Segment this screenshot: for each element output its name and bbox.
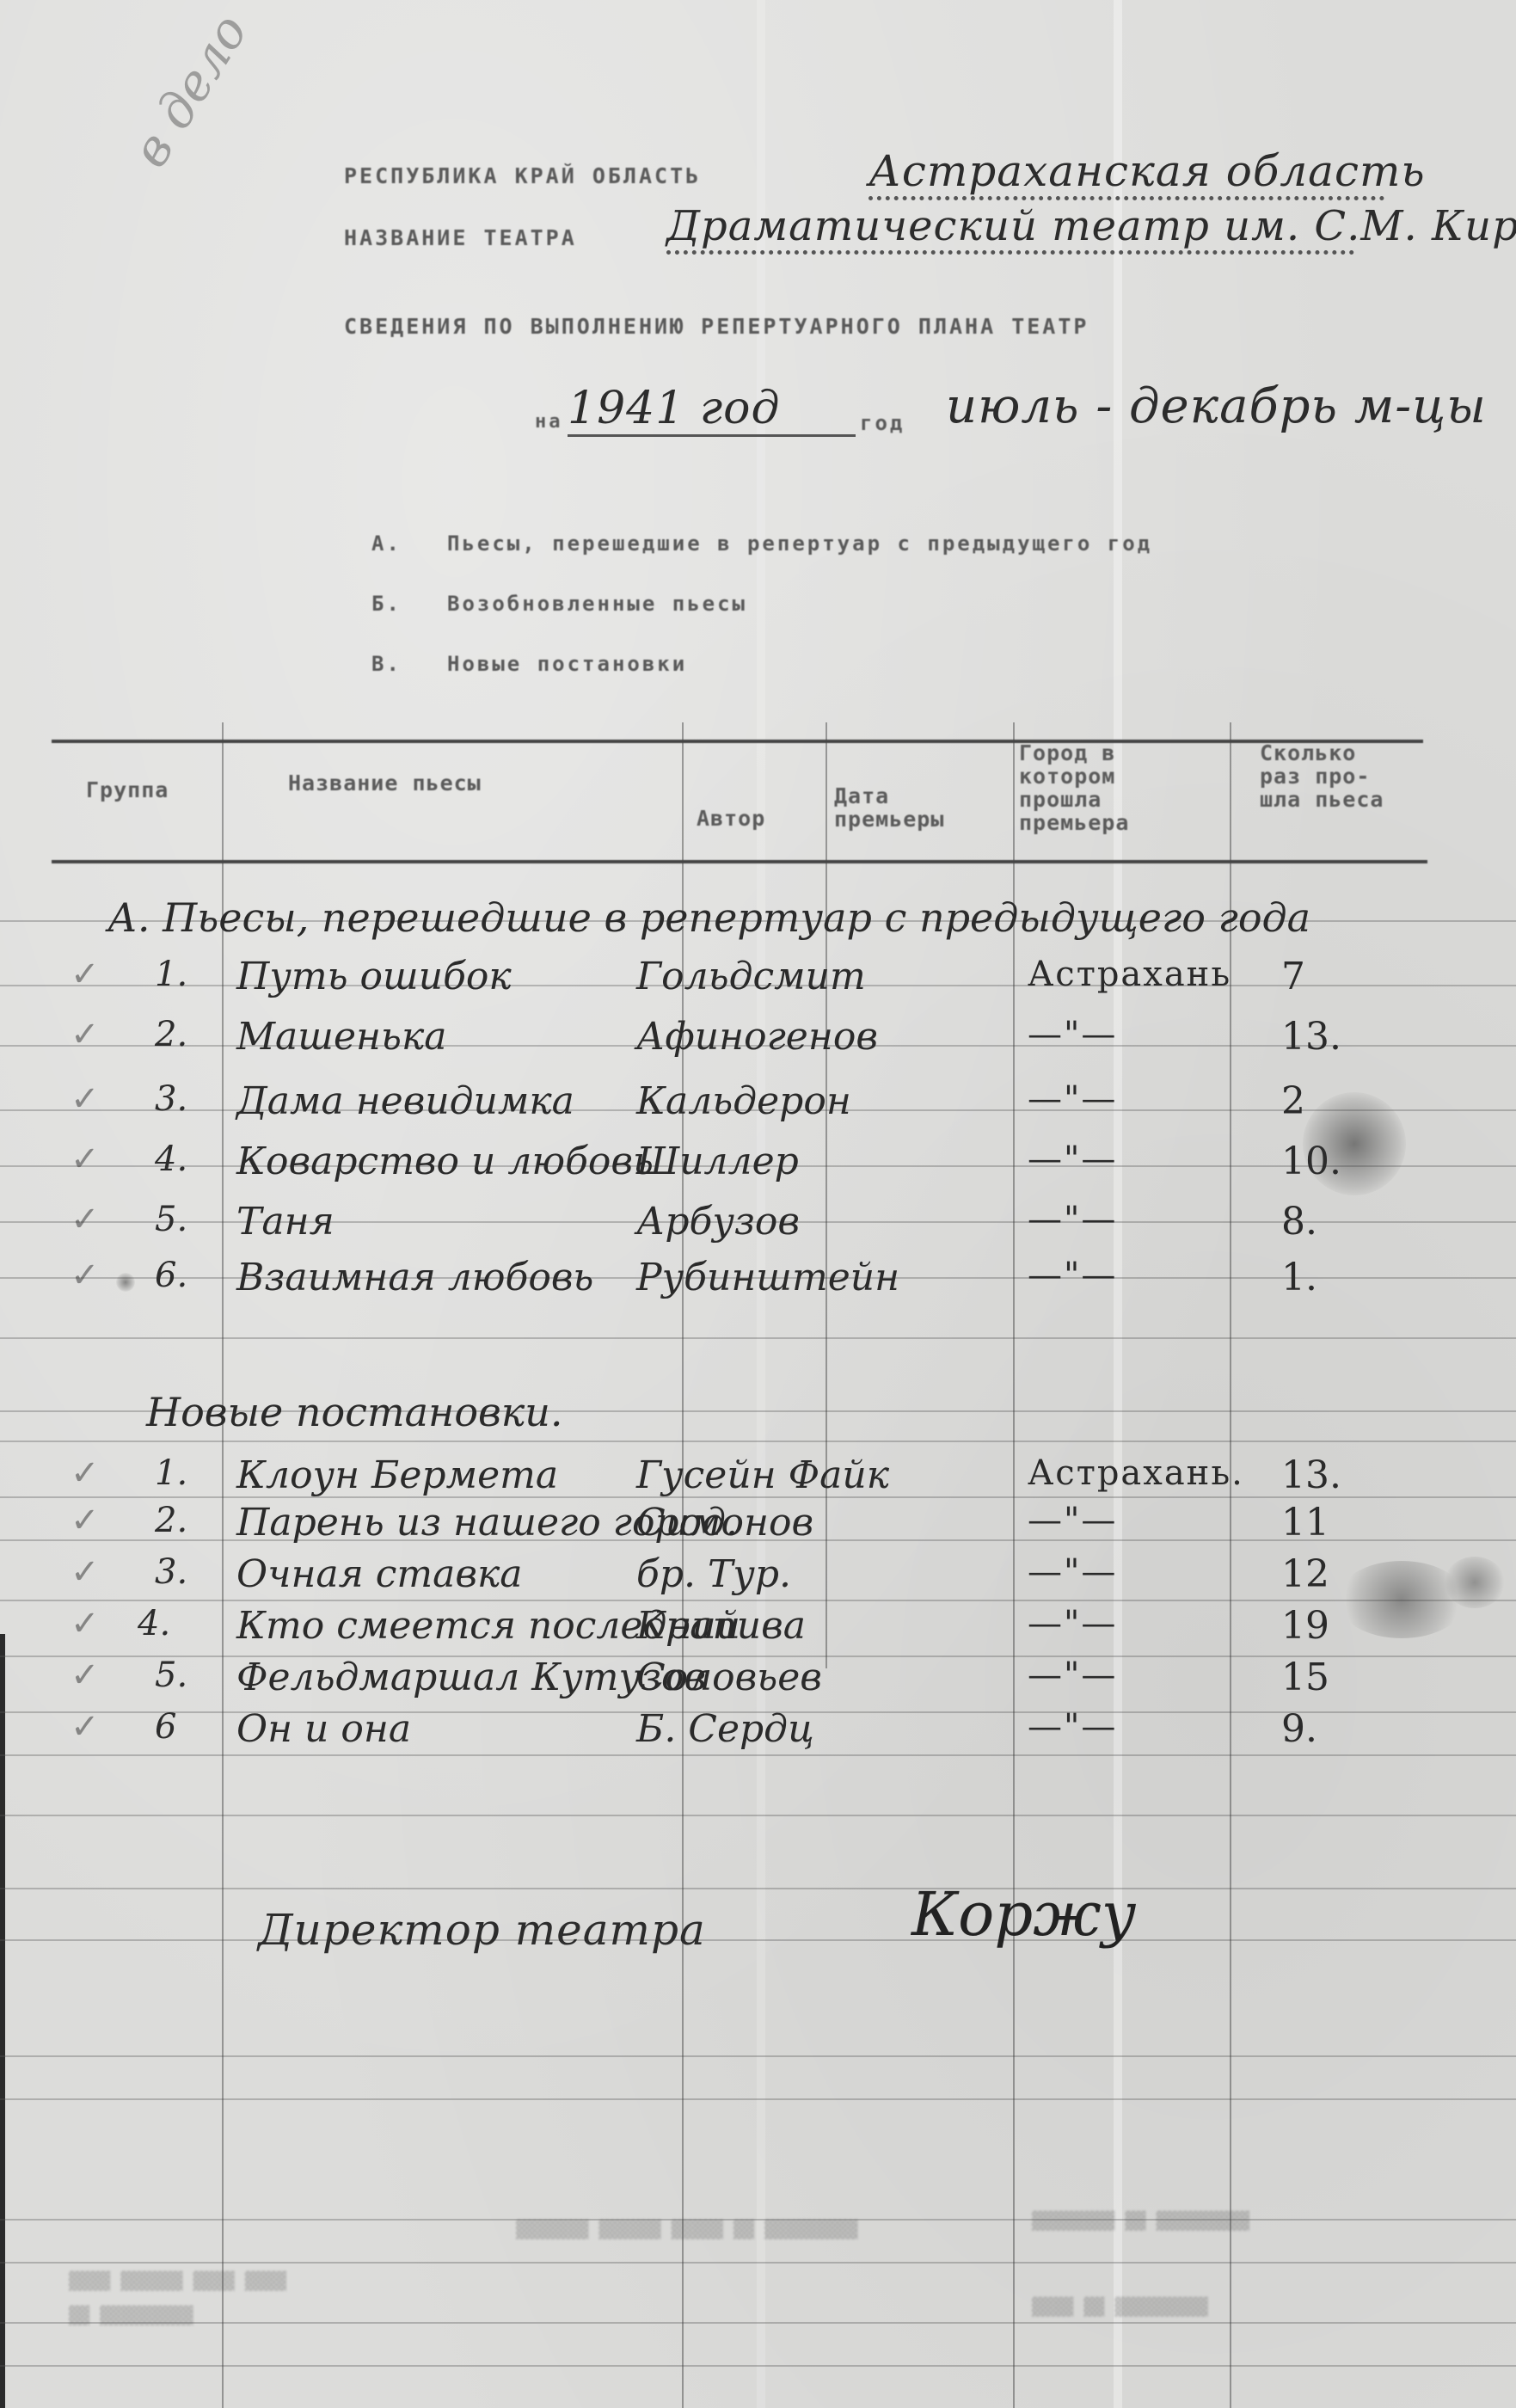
check-icon: ✓: [71, 1015, 100, 1054]
play-title: Взаимная любовь: [236, 1256, 593, 1299]
section-title: Новые постановки.: [146, 1389, 563, 1435]
check-icon: ✓: [71, 955, 100, 994]
premiere-city: —"—: [1028, 1501, 1117, 1540]
row-number: 5.: [155, 1655, 187, 1695]
ruled-line: [0, 2365, 1516, 2367]
ruled-line: [0, 2262, 1516, 2264]
check-icon: ✓: [71, 1604, 100, 1643]
row-number: 2.: [155, 1015, 187, 1054]
ruled-line: [0, 1888, 1516, 1889]
ruled-line: [0, 1440, 1516, 1442]
ruled-line: [0, 1939, 1516, 1941]
bleed-through-text: ▓▓▓▓▓▓▓▓ ▓▓ ▓▓▓▓▓▓▓▓▓: [1032, 2210, 1249, 2231]
ruled-line: [0, 2098, 1516, 2100]
play-author: Шиллер: [636, 1139, 799, 1183]
period-months: июль - декабрь м-цы: [946, 378, 1487, 434]
row-number: 4.: [155, 1139, 187, 1179]
corner-handwritten-note: в дело: [120, 4, 259, 178]
ruled-line: [0, 2322, 1516, 2324]
row-number: 4.: [138, 1604, 170, 1643]
region-value: Астраханская область: [868, 146, 1384, 200]
column-header-play: Название пьесы: [288, 771, 482, 795]
play-author: Крапива: [636, 1604, 806, 1648]
row-number: 1.: [155, 955, 187, 994]
times-shown: 2: [1281, 1079, 1305, 1123]
row-number: 6: [155, 1707, 176, 1747]
column-header-times-shown: Сколько раз про- шла пьеса: [1260, 741, 1384, 811]
theatre-value: Драматический театр им. С.М. Кирова: [666, 202, 1354, 255]
table-top-border: [52, 740, 1423, 743]
play-title: Клоун Бермета: [236, 1453, 558, 1497]
legend-text: Возобновленные пьесы: [447, 592, 747, 616]
ink-blot: [116, 1273, 135, 1292]
premiere-city: Астрахань.: [1028, 1453, 1244, 1493]
play-author: Арбузов: [636, 1200, 800, 1244]
check-icon: ✓: [71, 1501, 100, 1540]
play-author: бр. Тур.: [636, 1552, 791, 1596]
check-icon: ✓: [71, 1256, 100, 1295]
period-prefix: на: [535, 411, 563, 433]
bleed-through-text: ▓▓▓▓ ▓▓ ▓▓▓▓▓▓▓▓▓: [1032, 2296, 1208, 2317]
play-author: Афиногенов: [636, 1015, 878, 1059]
ruled-line: [0, 1337, 1516, 1339]
times-shown: 11: [1281, 1501, 1329, 1545]
bleed-through-text: ▓▓▓▓ ▓▓▓▓▓▓ ▓▓▓▓ ▓▓▓▓: [69, 2270, 286, 2291]
times-shown: 13.: [1281, 1015, 1341, 1059]
legend-letter: Б.: [371, 592, 402, 616]
legend-letter: А.: [371, 531, 402, 556]
period-suffix: год: [860, 411, 905, 435]
column-divider: [826, 722, 827, 1668]
times-shown: 7: [1281, 955, 1305, 998]
director-signature: Коржу: [911, 1879, 1136, 1950]
row-number: 2.: [155, 1501, 187, 1540]
period-year: 1941 год: [568, 383, 856, 437]
report-title: СВЕДЕНИЯ ПО ВЫПОЛНЕНИЮ РЕПЕРТУАРНОГО ПЛА…: [344, 314, 1089, 339]
premiere-city: —"—: [1028, 1079, 1117, 1119]
play-title: Он и она: [236, 1707, 411, 1751]
check-icon: ✓: [71, 1655, 100, 1695]
play-title: Машенька: [236, 1015, 446, 1059]
column-divider: [222, 722, 224, 2408]
check-icon: ✓: [71, 1552, 100, 1592]
check-icon: ✓: [71, 1707, 100, 1747]
play-title: Коварство и любовь: [236, 1139, 654, 1183]
times-shown: 12: [1281, 1552, 1329, 1596]
row-number: 6.: [155, 1256, 187, 1295]
ruled-line: [0, 1815, 1516, 1816]
play-title: Таня: [236, 1200, 335, 1244]
times-shown: 8.: [1281, 1200, 1317, 1244]
signer-label: Директор театра: [258, 1905, 706, 1955]
premiere-city: —"—: [1028, 1655, 1117, 1695]
legend-letter: В.: [371, 652, 402, 676]
table-header-border: [52, 860, 1427, 863]
premiere-city: —"—: [1028, 1552, 1117, 1592]
play-author: Гусейн Файк: [636, 1453, 889, 1497]
row-number: 3.: [155, 1552, 187, 1592]
row-number: 3.: [155, 1079, 187, 1119]
check-icon: ✓: [71, 1079, 100, 1119]
premiere-city: —"—: [1028, 1200, 1117, 1239]
times-shown: 9.: [1281, 1707, 1317, 1751]
play-title: Очная ставка: [236, 1552, 523, 1596]
column-header-group: Группа: [86, 778, 169, 802]
play-author: Гольдсмит: [636, 955, 866, 998]
check-icon: ✓: [71, 1139, 100, 1179]
check-icon: ✓: [71, 1453, 100, 1493]
play-title: Путь ошибок: [236, 955, 512, 998]
row-number: 1.: [155, 1453, 187, 1493]
column-header-author: Автор: [697, 807, 765, 830]
column-divider: [1013, 722, 1015, 2408]
theatre-label: НАЗВАНИЕ ТЕАТРА: [344, 225, 577, 250]
ruled-line: [0, 1600, 1516, 1601]
ruled-line: [0, 2055, 1516, 2057]
premiere-city: —"—: [1028, 1256, 1117, 1295]
column-header-premiere-date: Дата премьеры: [834, 784, 944, 831]
legend-text: Новые постановки: [447, 652, 687, 676]
play-author: Кальдерон: [636, 1079, 851, 1123]
archival-document-page: в дело РЕСПУБЛИКА КРАЙ ОБЛАСТЬ Астраханс…: [0, 0, 1516, 2408]
row-number: 5.: [155, 1200, 187, 1239]
play-author: Соловьев: [636, 1655, 822, 1699]
bleed-through-text: ▓▓▓▓▓▓▓ ▓▓▓▓▓▓ ▓▓▓▓▓ ▓▓ ▓▓▓▓▓▓▓▓▓: [516, 2219, 857, 2239]
section-title: А. Пьесы, перешедшие в репертуар с преды…: [107, 894, 1310, 941]
paper-edge: [0, 1634, 5, 2408]
play-author: Симонов: [636, 1501, 813, 1545]
check-icon: ✓: [71, 1200, 100, 1239]
premiere-city: —"—: [1028, 1139, 1117, 1179]
play-author: Б. Сердц: [636, 1707, 814, 1751]
times-shown: 19: [1281, 1604, 1329, 1648]
region-label: РЕСПУБЛИКА КРАЙ ОБЛАСТЬ: [344, 163, 701, 188]
ruled-line: [0, 1754, 1516, 1756]
ink-blot: [1303, 1092, 1406, 1195]
times-shown: 1.: [1281, 1256, 1317, 1299]
premiere-city: Астрахань: [1028, 955, 1231, 994]
bleed-through-text: ▓▓ ▓▓▓▓▓▓▓▓▓: [69, 2305, 193, 2325]
times-shown: 15: [1281, 1655, 1329, 1699]
premiere-city: —"—: [1028, 1015, 1117, 1054]
play-title: Дама невидимка: [236, 1079, 574, 1123]
ink-blot: [1445, 1557, 1505, 1608]
play-author: Рубинштейн: [636, 1256, 899, 1299]
times-shown: 13.: [1281, 1453, 1341, 1497]
premiere-city: —"—: [1028, 1707, 1117, 1747]
column-header-premiere-city: Город в котором прошла премьера: [1019, 741, 1129, 834]
legend-text: Пьесы, перешедшие в репертуар с предыдущ…: [447, 531, 1152, 556]
premiere-city: —"—: [1028, 1604, 1117, 1643]
